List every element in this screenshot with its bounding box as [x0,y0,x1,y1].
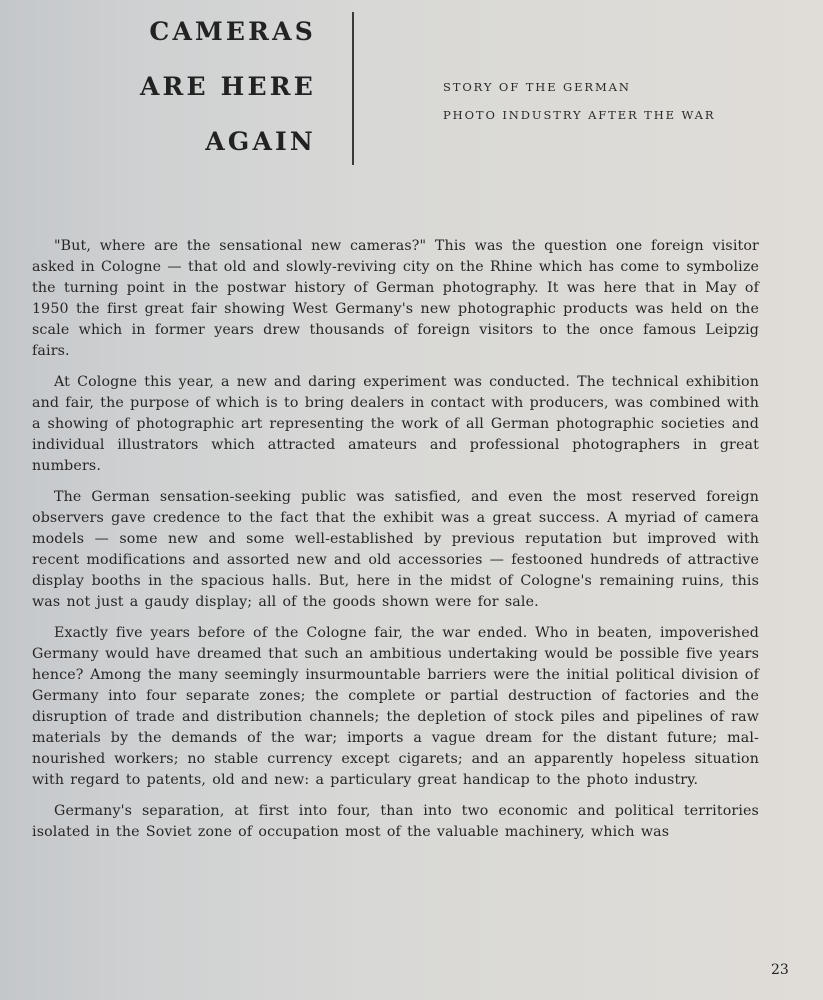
page-number: 23 [771,962,789,978]
magazine-page: CAMERAS ARE HERE AGAIN STORY OF THE GERM… [0,0,823,1000]
title-divider-rule [352,12,354,165]
title-line-1: CAMERAS [120,18,316,46]
paragraph-2: At Cologne this year, a new and daring e… [32,372,759,477]
article-subtitle: STORY OF THE GERMAN PHOTO INDUSTRY AFTER… [443,80,715,136]
paragraph-4: Exactly five years before of the Cologne… [32,623,759,791]
paragraph-5: Germany's separation, at first into four… [32,801,759,843]
title-line-2: ARE HERE [120,73,316,101]
paragraph-1: "But, where are the sensational new came… [32,236,759,362]
article-body: "But, where are the sensational new came… [32,236,759,853]
article-title: CAMERAS ARE HERE AGAIN [120,18,316,156]
subtitle-line-2: PHOTO INDUSTRY AFTER THE WAR [443,108,715,122]
paragraph-3: The German sensation-seeking public was … [32,487,759,613]
title-line-3: AGAIN [120,128,316,156]
subtitle-line-1: STORY OF THE GERMAN [443,80,715,94]
